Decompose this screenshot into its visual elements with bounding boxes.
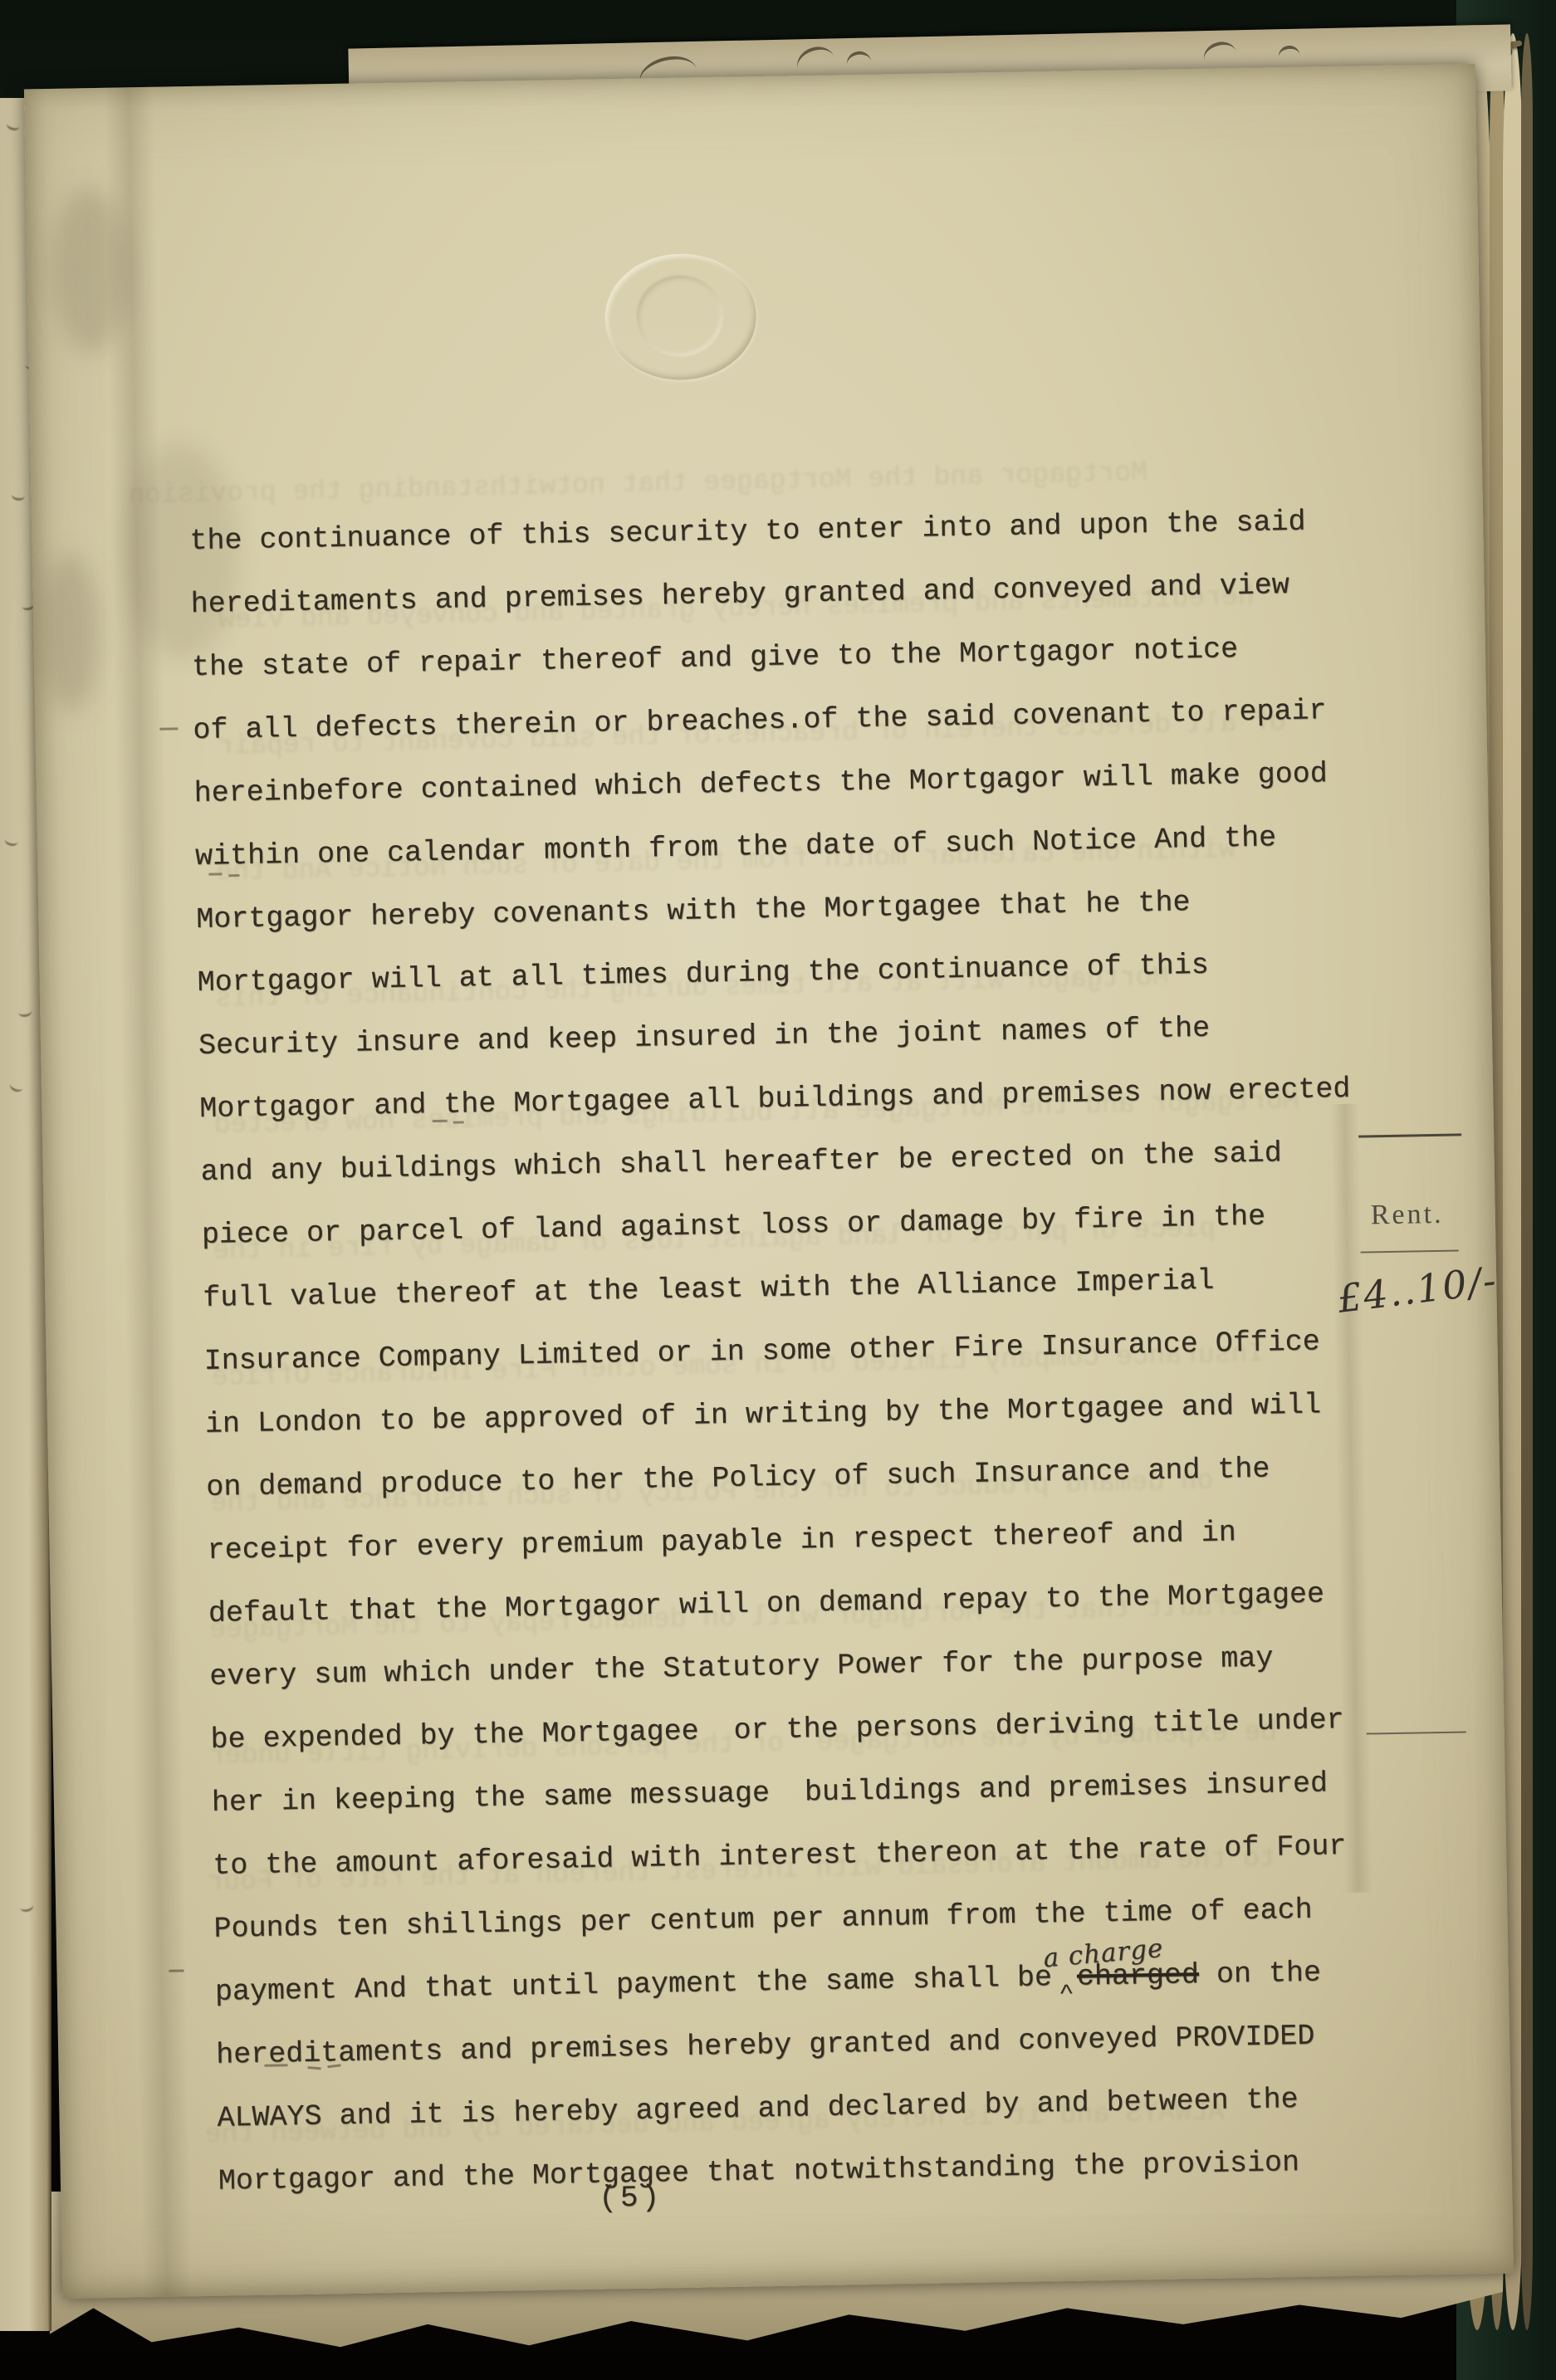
struck-word: chargeda charge xyxy=(1077,1958,1200,1994)
margin-mark xyxy=(6,118,22,131)
line-prefix: payment And that until payment the same … xyxy=(215,1961,1053,2009)
pencil-mark xyxy=(208,872,222,875)
line-suffix: on the xyxy=(1199,1957,1322,1992)
handwriting-stroke xyxy=(1277,44,1301,68)
margin-mark xyxy=(17,1005,32,1018)
pencil-mark xyxy=(433,1120,448,1122)
handwritten-insertion: a charge xyxy=(1040,1917,1166,1990)
book-scan: { "document": { "lines": [ "the continua… xyxy=(0,0,1556,2380)
pencil-mark xyxy=(169,1969,183,1972)
rent-label: Rent. xyxy=(1371,1199,1444,1232)
page-stack-edge xyxy=(1521,33,1533,2330)
margin-mark xyxy=(11,489,26,501)
margin-mark xyxy=(19,1899,34,1913)
document-page: Mortgagor and the Mortgagee that notwith… xyxy=(24,64,1514,2299)
typed-text-block: the continuance of this security to ente… xyxy=(189,490,1370,2213)
pencil-mark xyxy=(159,727,178,730)
page-number: (5) xyxy=(599,2180,663,2215)
pencil-mark xyxy=(453,1121,464,1123)
margin-mark xyxy=(4,833,19,847)
pencil-mark xyxy=(228,874,239,877)
pencil-mark xyxy=(264,2064,287,2066)
margin-mark xyxy=(8,1079,24,1094)
